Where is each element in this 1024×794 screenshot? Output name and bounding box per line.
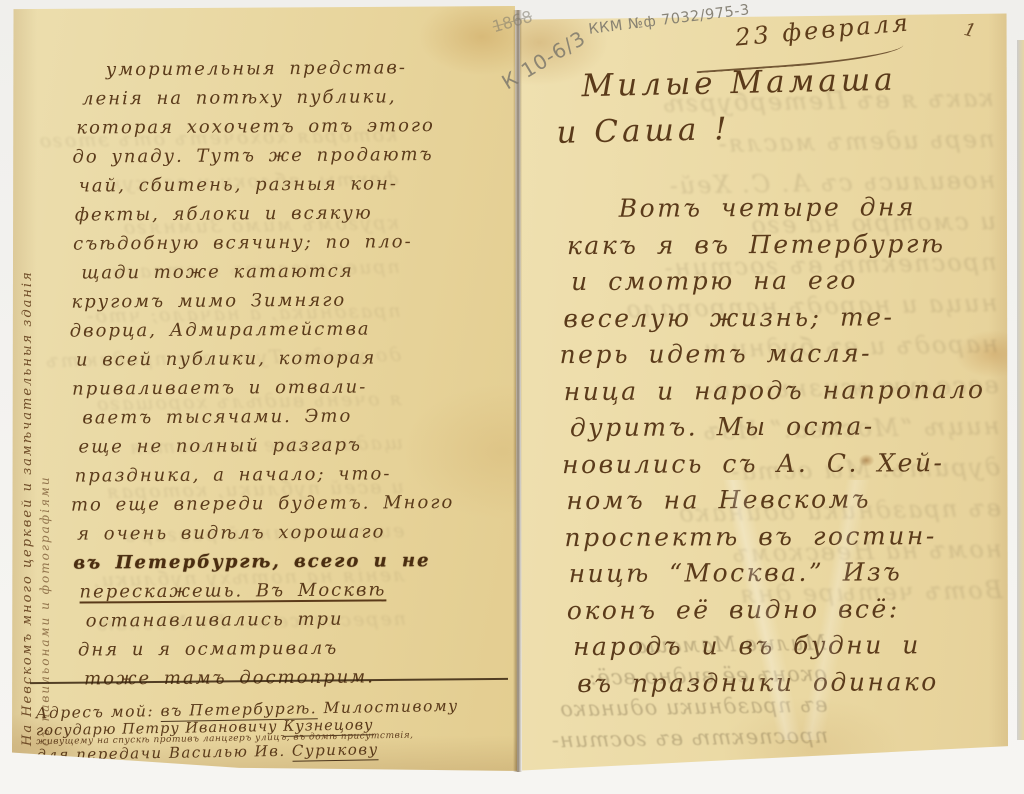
left-page-text: уморительныя представ- ленія на потѣху п… [88, 53, 513, 694]
letter-line: еще не полный разгаръ [78, 430, 511, 462]
letter-line: я очень видѣлъ хорошаго [77, 517, 512, 549]
letter-line: проспектѣ въ гостин- [564, 517, 986, 556]
margin-note-line: На Невскомъ много церквей и замѣчательны… [20, 46, 35, 746]
letter-scan: которая хохочетъ отъ этого фекты, яблоки… [0, 0, 1024, 794]
letter-line: дня и я осматривалъ [78, 633, 513, 665]
letter-line: какъ я въ Петербургѣ [567, 225, 985, 264]
letter-line: то еще впереди будетъ. Много [71, 488, 512, 520]
greeting: Милые Мамаша и Саша ! [581, 57, 898, 156]
letter-line: чай, сбитень, разныя кон- [79, 169, 510, 201]
letter-line: перескажешь. Въ Москвѣ [79, 575, 512, 607]
letter-line: ница и народъ напропало [564, 371, 986, 410]
letter-line: праздника, а начало; что- [75, 459, 512, 491]
letter-line: Вотъ четыре дня [619, 189, 985, 227]
greeting-line: и Саша ! [556, 103, 898, 156]
letter-line: кругомъ мимо Зимняго [71, 285, 510, 317]
letter-line: съѣдобную всячину; по пло- [73, 227, 510, 259]
right-page-text: Вотъ четыре дня какъ я въ Петербургѣ и с… [561, 189, 987, 702]
right-page: какъ я въ Петербургѣ перь идетъ масля- н… [520, 12, 1008, 772]
letter-line: ленія на потѣху публики, [82, 82, 509, 114]
letter-line: дуритъ. Мы оста- [570, 408, 986, 447]
letter-line: и смотрю на его [571, 262, 985, 301]
letter-line: новились съ А. С. Хей- [562, 444, 986, 483]
letter-line: въ Петербургѣ, всего и не [73, 546, 512, 578]
letter-line: и всей публики, которая [76, 343, 511, 375]
letter-line: оконъ её видно всё: [567, 590, 987, 629]
letter-line: останавливались три [86, 604, 513, 636]
left-page: которая хохочетъ отъ этого фекты, яблоки… [12, 6, 517, 774]
letter-line: ницѣ “Москва.” Изъ [569, 554, 987, 593]
address-block: Адресъ мой: въ Петербургѣ. Милостивому г… [36, 696, 517, 764]
letter-line: номъ на Невскомъ [566, 481, 986, 520]
center-fold-shadow [513, 10, 522, 772]
letter-line: въ праздники одинако [577, 663, 987, 702]
letter-line: веселую жизнь; те- [563, 298, 985, 337]
letter-line: уморительныя представ- [106, 53, 509, 85]
margin-note-line: съ павильонами и фотографіями [38, 126, 52, 746]
letter-line: народъ и въ будни и [573, 627, 987, 666]
letter-line: приваливаетъ и отвали- [72, 372, 511, 404]
letter-line: щади тоже катаются [81, 256, 510, 288]
letter-line: до упаду. Тутъ же продаютъ [72, 140, 509, 172]
letter-line: которая хохочетъ отъ этого [76, 111, 509, 143]
letter-line: дворца, Адмиралтейства [70, 314, 511, 346]
paper-edge-sliver [1017, 40, 1024, 740]
letter-line: фекты, яблоки и всякую [75, 198, 510, 230]
letter-line: ваетъ тысячами. Это [82, 401, 511, 433]
letter-line: перь идетъ масля- [559, 335, 985, 374]
